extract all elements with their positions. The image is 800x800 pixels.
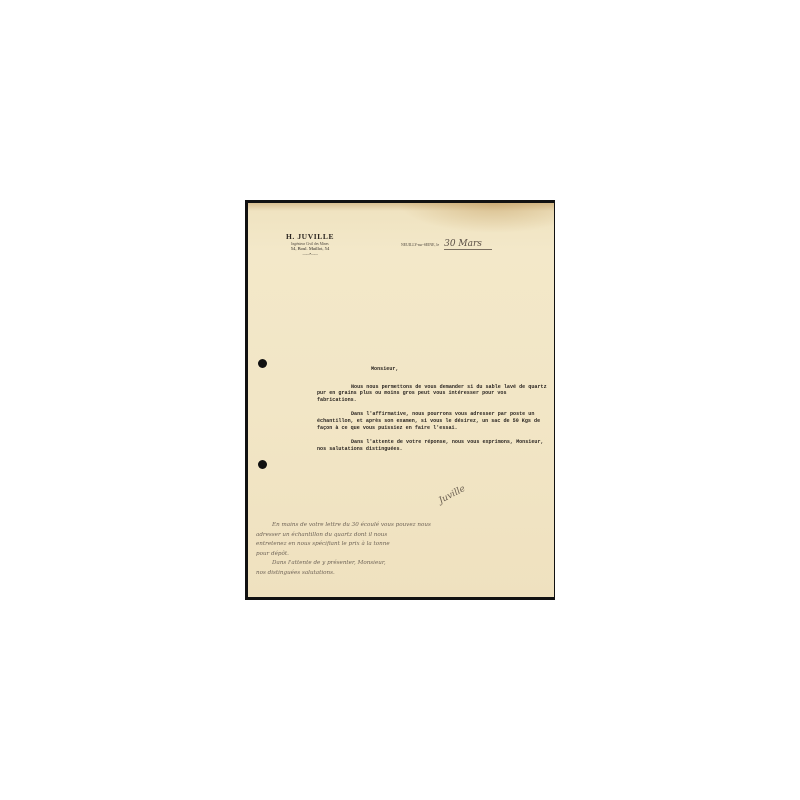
handwritten-note: En mains de votre lettre du 30 écoulé vo… <box>256 521 548 578</box>
letter-page: H. JUVILLE Ingénieur Civil des Mines 54,… <box>248 203 554 597</box>
handwritten-line: pour dépôt. <box>256 550 548 560</box>
handwritten-line: entretenez en nous spécifiant le prix à … <box>256 540 548 550</box>
handwritten-line: En mains de votre lettre du 30 écoulé vo… <box>256 521 548 531</box>
signature: Juville <box>437 484 467 506</box>
salutation: Monsieur, <box>371 366 549 373</box>
dateline-place: NEUILLY-sur-SEINE, le <box>401 243 439 247</box>
handwritten-line: adresser un échantillon du quartz dont i… <box>256 531 548 541</box>
handwritten-line: nos distinguées salutations. <box>256 569 548 579</box>
handwritten-line: Dans l'attente de y présenter, Monsieur, <box>256 559 548 569</box>
letter-body: Monsieur, Nous nous permettons de vous d… <box>317 366 549 460</box>
letterhead-name: H. JUVILLE <box>250 232 370 241</box>
paragraph-3: Dans l'attente de votre réponse, nous vo… <box>317 439 549 452</box>
punch-hole-icon <box>258 460 267 469</box>
paragraph-2: Dans l'affirmative, nous pourrons vous a… <box>317 411 549 431</box>
handwritten-date: 30 Mars <box>444 239 492 250</box>
paragraph-1: Nous nous permettons de vous demander si… <box>317 384 549 404</box>
punch-hole-icon <box>258 359 267 368</box>
dateline: NEUILLY-sur-SEINE, le 30 Mars <box>401 239 531 249</box>
letterhead: H. JUVILLE Ingénieur Civil des Mines 54,… <box>250 232 370 256</box>
letterhead-rule: ——•—— <box>250 251 370 256</box>
